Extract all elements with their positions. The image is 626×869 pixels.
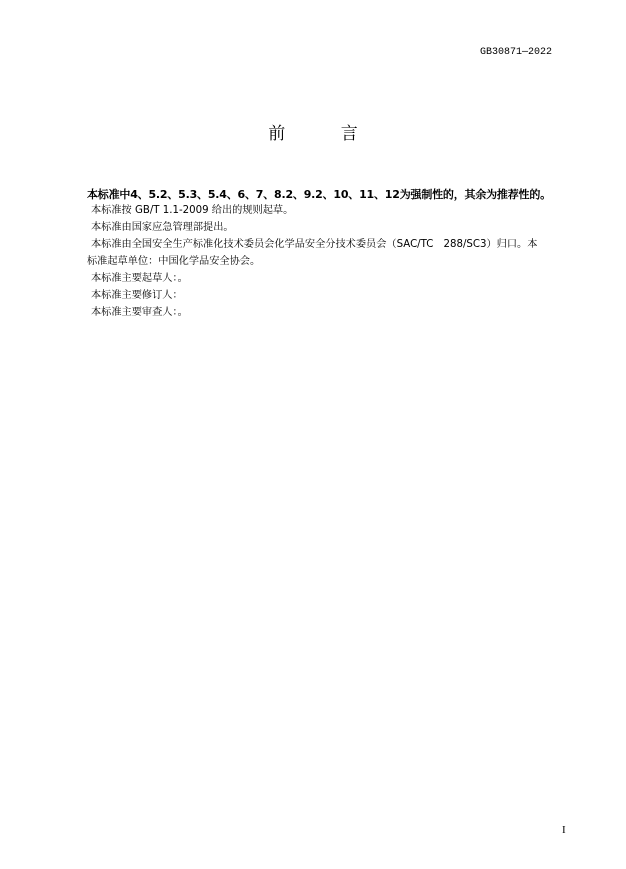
paragraph-main-revisers: 本标准主要修订人： bbox=[91, 287, 183, 304]
paragraph-proposer: 本标准由国家应急管理部提出。 bbox=[91, 219, 234, 236]
paragraph-main-drafters: 本标准主要起草人：。 bbox=[91, 270, 188, 287]
title-char-2: 言 bbox=[341, 119, 358, 144]
standard-code: GB30871—2022 bbox=[480, 47, 552, 58]
page-number: I bbox=[562, 824, 566, 836]
paragraph-drafting-unit: 标准起草单位：中国化学品安全协会。 bbox=[87, 253, 260, 270]
mandatory-statement: 本标准中4、5.2、5.3、5.4、6、7、8.2、9.2、10、11、12为强… bbox=[87, 186, 551, 202]
page-title: 前 言 bbox=[0, 119, 626, 144]
paragraph-committee: 本标准由全国安全生产标准化技术委员会化学品安全分技术委员会（SAC/TC 288… bbox=[91, 236, 537, 253]
paragraph-main-reviewers: 本标准主要审查人：。 bbox=[91, 304, 188, 321]
title-char-1: 前 bbox=[268, 119, 285, 144]
paragraph-drafting-rules: 本标准按 GB/T 1.1-2009 给出的规则起草。 bbox=[91, 202, 293, 219]
